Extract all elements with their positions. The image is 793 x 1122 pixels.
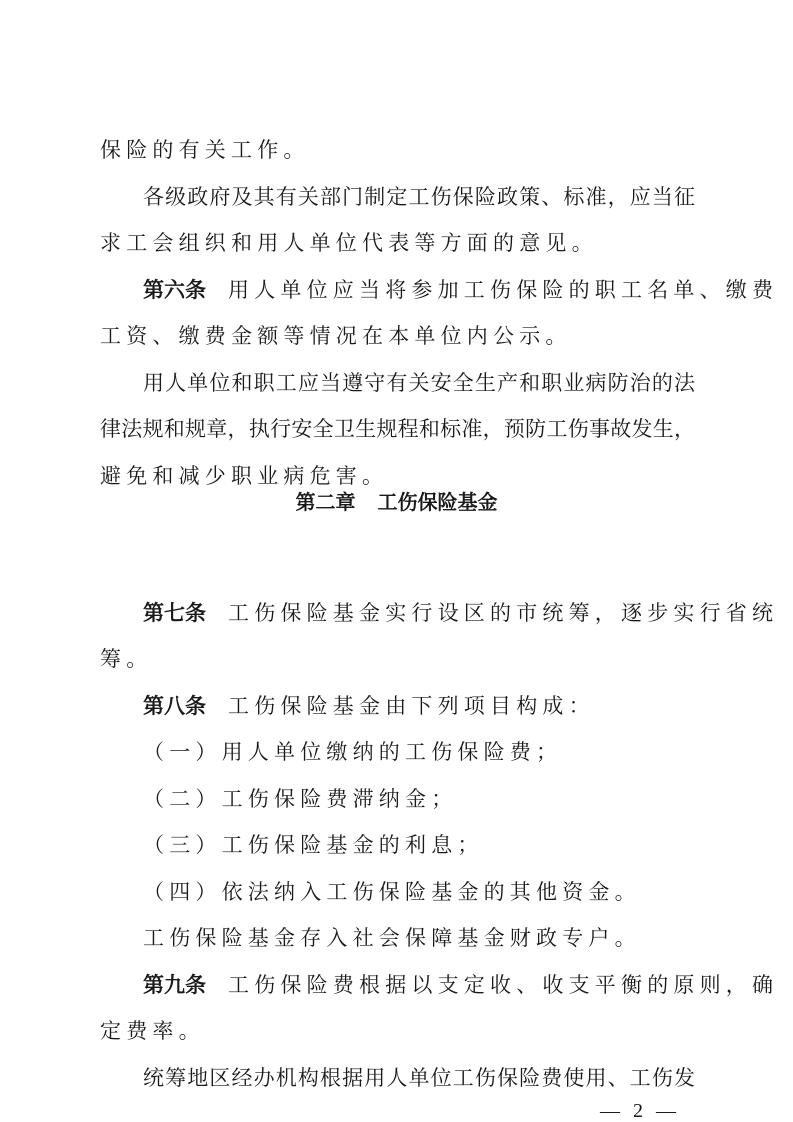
chapter-number: 第二章 [296,490,356,514]
article-6: 第六条用人单位应当将参加工伤保险的职工名单、缴费 [143,276,738,304]
paragraph-line: 保险的有关工作。 [100,136,695,164]
paragraph-line: 避免和减少职业病危害。 [100,462,695,490]
paragraph-line: 用人单位和职工应当遵守有关安全生产和职业病防治的法 [143,369,695,397]
list-item: （三）工伤保险基金的利息； [143,831,738,859]
list-item: （一）用人单位缴纳的工伤保险费； [143,738,738,766]
paragraph-line: 统筹地区经办机构根据用人单位工伤保险费使用、工伤发 [143,1064,695,1092]
paragraph-line: 筹。 [100,645,695,673]
article-text: 工伤保险费根据以支定收、收支平衡的原则，确 [228,973,778,997]
list-item: （二）工伤保险费滞纳金； [143,785,738,813]
article-label: 第八条 [143,694,206,718]
article-7: 第七条工伤保险基金实行设区的市统筹，逐步实行省统 [143,599,738,627]
article-label: 第九条 [143,973,206,997]
paragraph-line: 工资、缴费金额等情况在本单位内公示。 [100,322,695,350]
paragraph-line: 定费率。 [100,1017,695,1045]
article-8: 第八条工伤保险基金由下列项目构成： [143,692,738,720]
paragraph-line: 律法规和规章，执行安全卫生规程和标准，预防工伤事故发生， [100,415,695,443]
paragraph-line: 求工会组织和用人单位代表等方面的意见。 [100,229,695,257]
article-text: 用人单位应当将参加工伤保险的职工名单、缴费 [228,278,778,302]
list-item: （四）依法纳入工伤保险基金的其他资金。 [143,878,738,906]
article-label: 第七条 [143,601,206,625]
chapter-heading: 第二章工伤保险基金 [0,487,793,517]
chapter-title: 工伤保险基金 [378,490,498,514]
article-9: 第九条工伤保险费根据以支定收、收支平衡的原则，确 [143,971,738,999]
page-number: — 2 — [600,1100,680,1122]
paragraph-line: 各级政府及其有关部门制定工伤保险政策、标准，应当征 [143,183,695,211]
article-label: 第六条 [143,278,206,302]
article-text: 工伤保险基金由下列项目构成： [228,694,595,718]
paragraph-line: 工伤保险基金存入社会保障基金财政专户。 [143,924,738,952]
article-text: 工伤保险基金实行设区的市统筹，逐步实行省统 [228,601,778,625]
